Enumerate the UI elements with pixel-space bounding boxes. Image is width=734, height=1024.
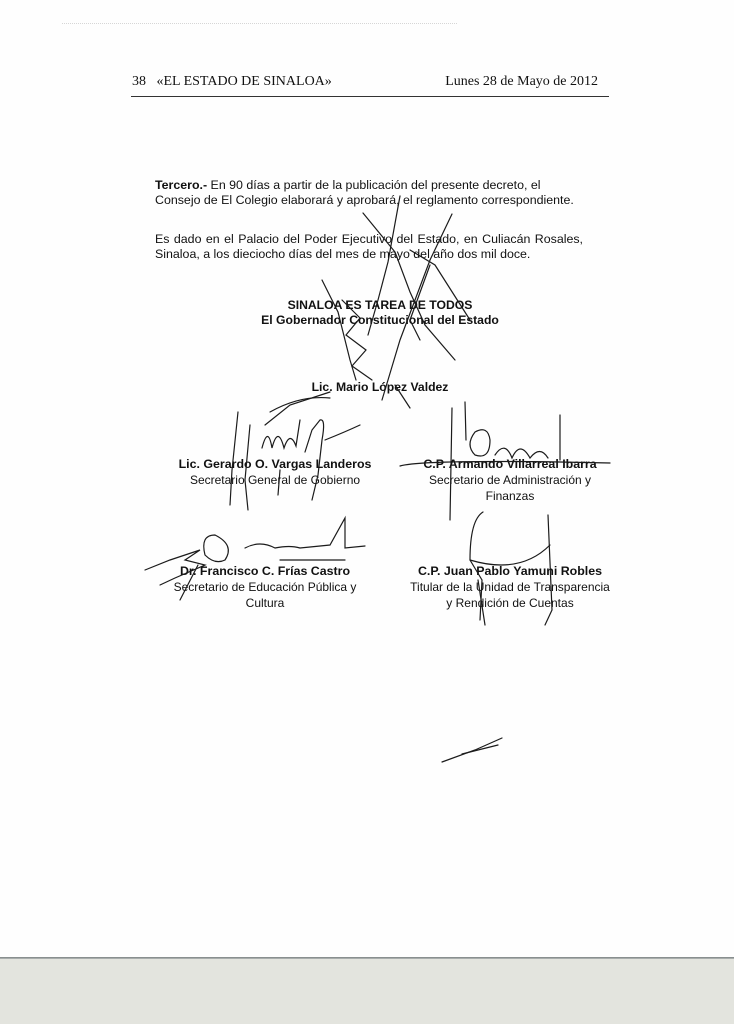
page-number: 38 xyxy=(132,74,146,89)
signatory-role-cont: Finanzas xyxy=(395,488,625,504)
signatory-role: Titular de la Unidad de Transparencia xyxy=(395,579,625,595)
signatory-role-cont: Cultura xyxy=(165,595,365,611)
publication-date: Lunes 28 de Mayo de 2012 xyxy=(445,74,598,90)
governor-name: Lic. Mario López Valdez xyxy=(240,379,520,395)
signatory-role: Secretario de Educación Pública y xyxy=(165,579,365,595)
signatory-role-cont: y Rendición de Cuentas xyxy=(395,595,625,611)
scanner-background xyxy=(0,959,734,1024)
publication-title: «EL ESTADO DE SINALOA» xyxy=(157,74,332,89)
article-text: En 90 días a partir de la publicación de… xyxy=(155,178,574,207)
article-label: Tercero.- xyxy=(155,178,207,192)
signatory-gobierno: Lic. Gerardo O. Vargas Landeros Secretar… xyxy=(160,456,390,488)
header-left: 38 «EL ESTADO DE SINALOA» xyxy=(132,74,332,90)
signatory-name: Lic. Gerardo O. Vargas Landeros xyxy=(160,456,390,472)
state-motto: SINALOA ES TAREA DE TODOS xyxy=(240,297,520,313)
signatory-name: Dr. Francisco C. Frías Castro xyxy=(165,563,365,579)
signatory-name: C.P. Armando Villarreal Ibarra xyxy=(395,456,625,472)
signatory-administracion: C.P. Armando Villarreal Ibarra Secretari… xyxy=(395,456,625,504)
signatory-transparencia: C.P. Juan Pablo Yamuni Robles Titular de… xyxy=(395,563,625,611)
signatory-educacion: Dr. Francisco C. Frías Castro Secretario… xyxy=(165,563,365,611)
closing-paragraph: Es dado en el Palacio del Poder Ejecutiv… xyxy=(155,232,583,262)
governor-title: El Gobernador Constitucional del Estado xyxy=(240,312,520,328)
signatory-name: C.P. Juan Pablo Yamuni Robles xyxy=(395,563,625,579)
signatory-role: Secretario de Administración y xyxy=(395,472,625,488)
header-rule xyxy=(131,96,609,97)
scan-artifact-line xyxy=(62,23,457,24)
signatory-role: Secretario General de Gobierno xyxy=(160,472,390,488)
article-tercero: Tercero.- En 90 días a partir de la publ… xyxy=(155,178,583,208)
